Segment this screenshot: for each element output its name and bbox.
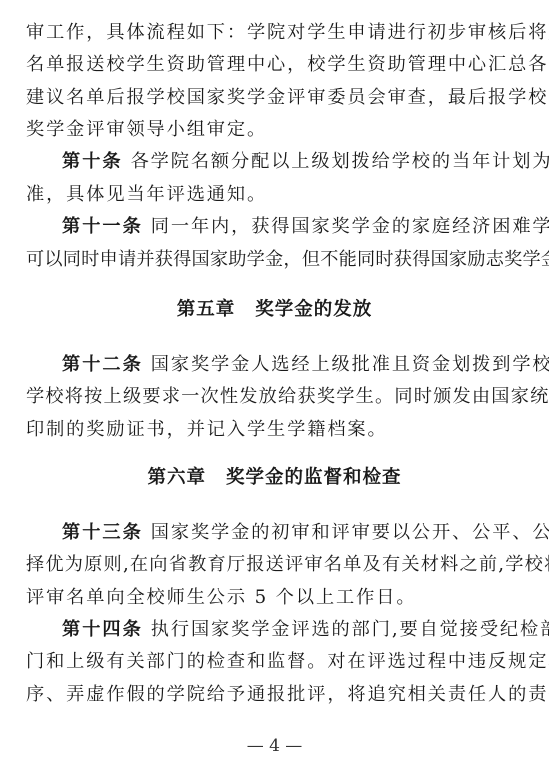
article-text: 同一年内，获得国家奖学金的家庭经济困难学生 xyxy=(151,216,549,237)
chapter-heading: 第六章奖学金的监督和检查 xyxy=(0,466,549,490)
page-number: — 4 — xyxy=(0,736,549,756)
article-12-line: 第十二条国家奖学金人选经上级批准且资金划拨到学校后， xyxy=(62,354,524,376)
chapter-number: 第六章 xyxy=(147,467,206,488)
paragraph-line: 评审名单向全校师生公示 5 个以上工作日。 xyxy=(26,587,524,609)
article-11-line: 第十一条同一年内，获得国家奖学金的家庭经济困难学生 xyxy=(62,216,524,238)
paragraph-line: 印制的奖励证书，并记入学生学籍档案。 xyxy=(26,419,524,441)
paragraph-line: 择优为原则,在向省教育厅报送评审名单及有关材料之前,学校将 xyxy=(26,554,524,576)
chapter-heading: 第五章奖学金的发放 xyxy=(0,298,549,322)
chapter-title: 奖学金的发放 xyxy=(255,299,372,320)
article-label: 第十一条 xyxy=(62,216,143,237)
paragraph-line: 门和上级有关部门的检查和监督。对在评选过程中违反规定程 xyxy=(26,651,524,673)
article-label: 第十条 xyxy=(62,151,123,172)
article-label: 第十四条 xyxy=(62,619,143,640)
article-10-line: 第十条各学院名额分配以上级划拨给学校的当年计划为 xyxy=(62,151,524,173)
article-13-line: 第十三条国家奖学金的初审和评审要以公开、公平、公正、 xyxy=(62,522,524,544)
paragraph-line: 准，具体见当年评选通知。 xyxy=(26,184,524,206)
document-page: 审工作，具体流程如下：学院对学生申请进行初步审核后将建议 名单报送校学生资助管理… xyxy=(0,0,549,770)
article-text: 国家奖学金的初审和评审要以公开、公平、公正、 xyxy=(151,522,549,543)
paragraph-line: 学校将按上级要求一次性发放给获奖学生。同时颁发由国家统一 xyxy=(26,386,524,408)
chapter-title: 奖学金的监督和检查 xyxy=(226,467,402,488)
paragraph-line: 可以同时申请并获得国家助学金，但不能同时获得国家励志奖学金。 xyxy=(26,249,524,271)
paragraph-line: 建议名单后报学校国家奖学金评审委员会审查，最后报学校国家 xyxy=(26,87,524,109)
paragraph-line: 序、弄虚作假的学院给予通报批评，将追究相关责任人的责任， xyxy=(26,684,524,706)
article-text: 国家奖学金人选经上级批准且资金划拨到学校后， xyxy=(151,354,549,375)
article-label: 第十二条 xyxy=(62,354,143,375)
paragraph-line: 名单报送校学生资助管理中心，校学生资助管理中心汇总各学院 xyxy=(26,54,524,76)
article-14-line: 第十四条执行国家奖学金评选的部门,要自觉接受纪检部 xyxy=(62,619,524,641)
paragraph-line: 审工作，具体流程如下：学院对学生申请进行初步审核后将建议 xyxy=(26,22,524,44)
paragraph-line: 奖学金评审领导小组审定。 xyxy=(26,119,524,141)
chapter-number: 第五章 xyxy=(177,299,236,320)
article-text: 各学院名额分配以上级划拨给学校的当年计划为 xyxy=(131,151,549,172)
article-text: 执行国家奖学金评选的部门,要自觉接受纪检部 xyxy=(151,619,549,640)
article-label: 第十三条 xyxy=(62,522,143,543)
